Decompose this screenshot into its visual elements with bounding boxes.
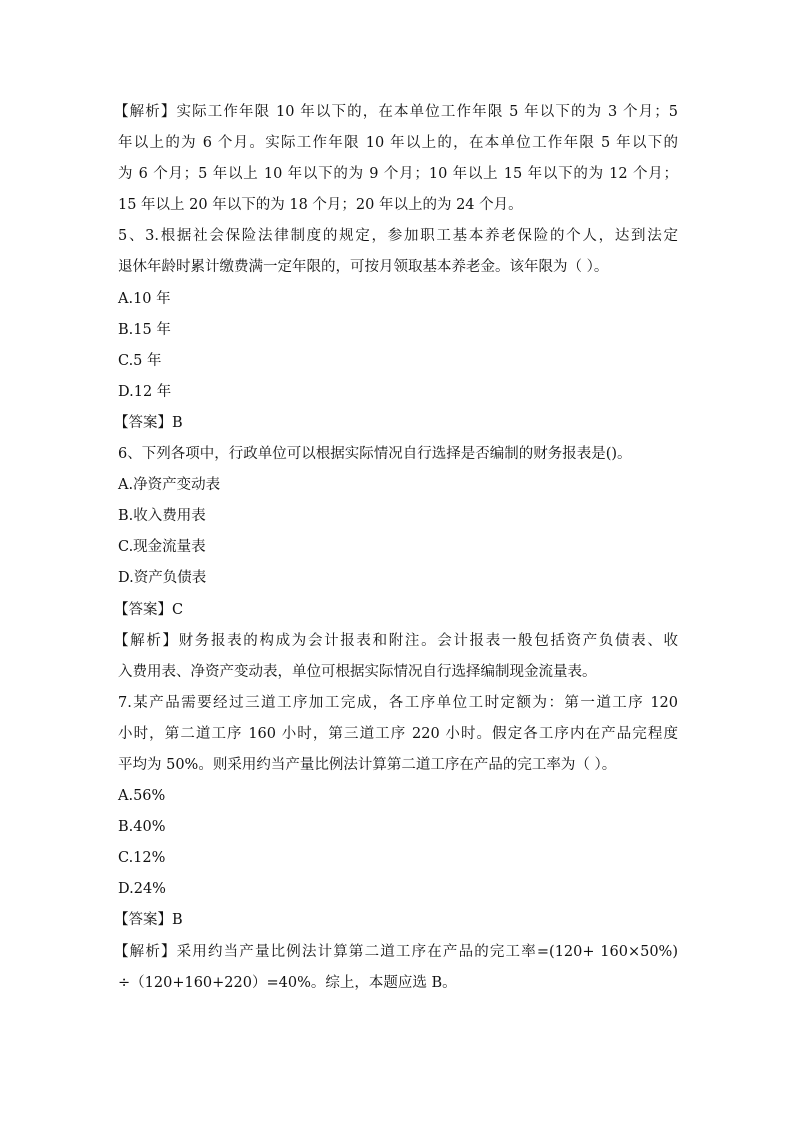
- document-page: 【解析】实际工作年限 10 年以下的，在本单位工作年限 5 年以下的为 3 个月…: [118, 97, 678, 999]
- analysis-line: 15 年以上 20 年以下的为 18 个月；20 年以上的为 24 个月。: [118, 190, 678, 221]
- question-7-analysis: 【解析】采用约当产量比例法计算第二道工序在产品的完工率=(120+ 160×50…: [114, 937, 678, 968]
- question-5-option-b: B.15 年: [118, 315, 678, 346]
- analysis-line: 为 6 个月；5 年以上 10 年以下的为 9 个月；10 年以上 15 年以下…: [118, 159, 678, 190]
- analysis-line: 年以上的为 6 个月。实际工作年限 10 年以上的，在本单位工作年限 5 年以下…: [118, 128, 678, 159]
- question-5-option-d: D.12 年: [118, 377, 678, 408]
- question-5-stem: 5、3.根据社会保险法律制度的规定，参加职工基本养老保险的个人，达到法定: [118, 221, 678, 252]
- question-5-stem: 退休年龄时累计缴费满一定年限的，可按月领取基本养老金。该年限为（ ）。: [118, 252, 678, 283]
- question-6-analysis: 【解析】财务报表的构成为会计报表和附注。会计报表一般包括资产负债表、收: [114, 626, 678, 657]
- question-7-stem: 7.某产品需要经过三道工序加工完成，各工序单位工时定额为：第一道工序 120: [118, 688, 678, 719]
- question-6-option-c: C.现金流量表: [118, 532, 678, 563]
- question-7-option-b: B.40%: [118, 812, 678, 843]
- question-6-stem: 6、下列各项中，行政单位可以根据实际情况自行选择是否编制的财务报表是()。: [118, 439, 678, 470]
- question-5-option-a: A.10 年: [118, 284, 678, 315]
- question-7-answer: 【答案】B: [114, 905, 678, 936]
- analysis-line: 【解析】实际工作年限 10 年以下的，在本单位工作年限 5 年以下的为 3 个月…: [114, 97, 678, 128]
- question-5-answer: 【答案】B: [114, 408, 678, 439]
- question-7-stem: 平均为 50%。则采用约当产量比例法计算第二道工序在产品的完工率为（ ）。: [118, 750, 678, 781]
- question-6-analysis: 入费用表、净资产变动表，单位可根据实际情况自行选择编制现金流量表。: [118, 657, 678, 688]
- question-7-option-a: A.56%: [118, 781, 678, 812]
- question-7-option-d: D.24%: [118, 874, 678, 905]
- question-5-option-c: C.5 年: [118, 346, 678, 377]
- question-7-option-c: C.12%: [118, 843, 678, 874]
- question-7-stem: 小时，第二道工序 160 小时，第三道工序 220 小时。假定各工序内在产品完程…: [118, 719, 678, 750]
- question-6-option-b: B.收入费用表: [118, 501, 678, 532]
- question-6-option-d: D.资产负债表: [118, 563, 678, 594]
- question-7-analysis: ÷（120+160+220）=40%。综上，本题应选 B。: [118, 968, 678, 999]
- question-6-option-a: A.净资产变动表: [118, 470, 678, 501]
- question-6-answer: 【答案】C: [114, 595, 678, 626]
